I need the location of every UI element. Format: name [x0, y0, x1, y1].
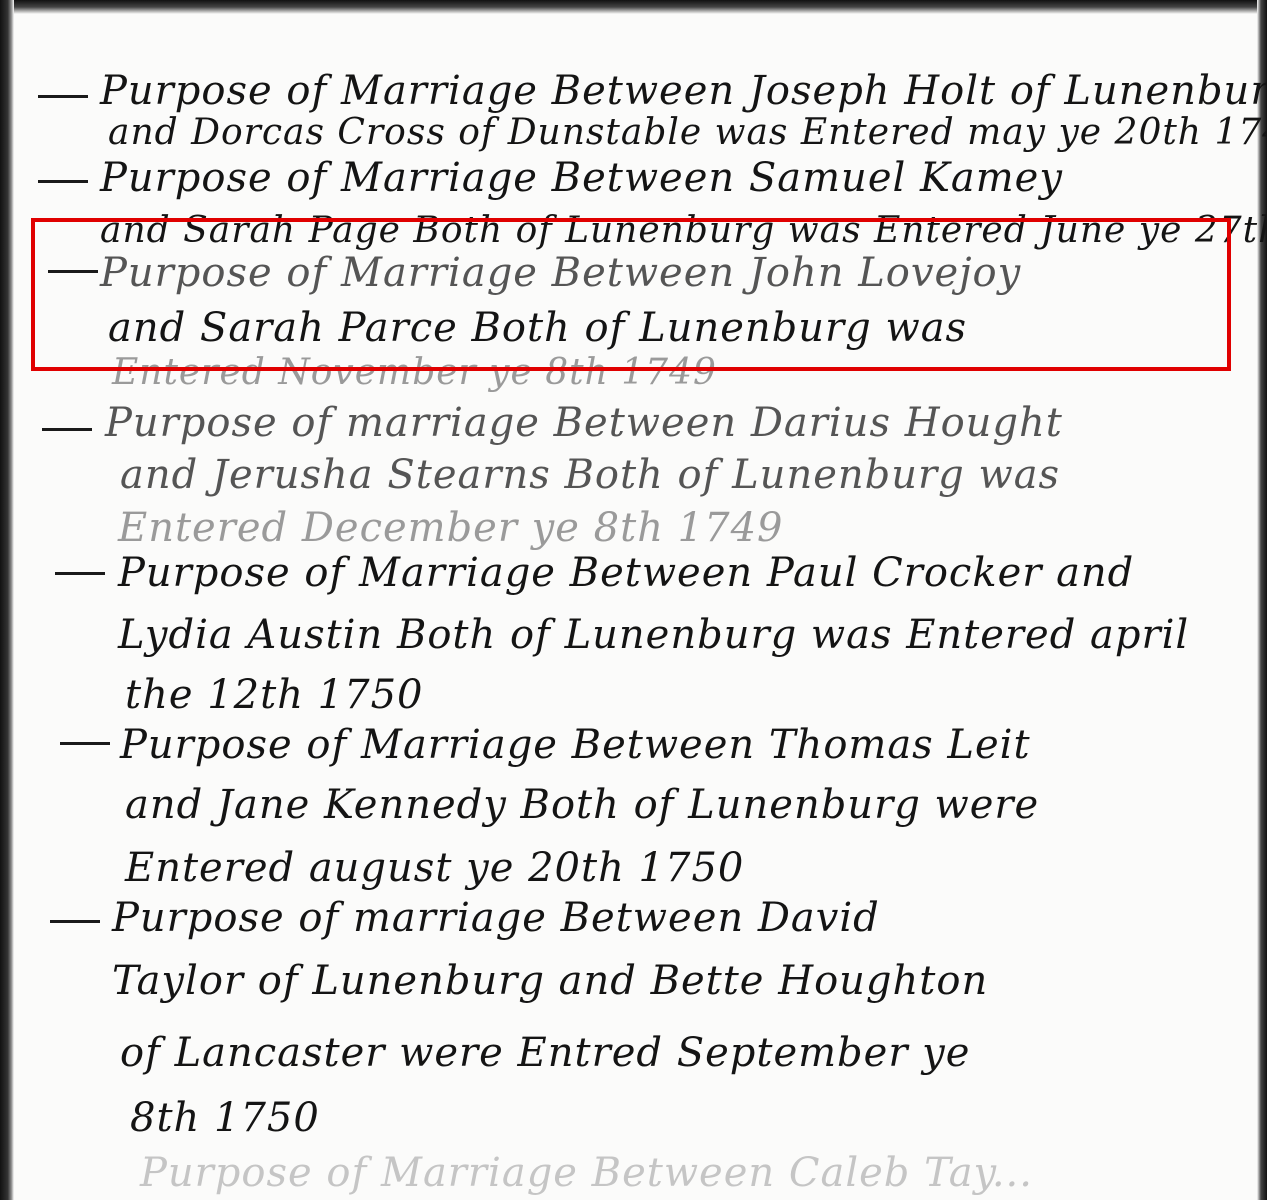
entry-dash	[60, 742, 110, 745]
entry-4-line-3: Entered December ye 8th 1749	[118, 505, 783, 551]
entry-6-line-2: and Jane Kennedy Both of Lunenburg were	[125, 782, 1039, 828]
entry-6-line-3: Entered august ye 20th 1750	[125, 845, 744, 891]
entry-7-line-1: Purpose of marriage Between David	[112, 895, 880, 941]
page-binding-edge	[0, 0, 14, 1200]
entry-dash	[38, 95, 88, 98]
entry-4-line-2: and Jerusha Stearns Both of Lunenburg wa…	[120, 452, 1060, 498]
entry-1-line-1: Purpose of Marriage Between Joseph Holt …	[100, 68, 1267, 114]
page-top-edge	[0, 0, 1267, 14]
entry-4-line-1: Purpose of marriage Between Darius Hough…	[105, 400, 1063, 446]
entry-3-line-1: Purpose of Marriage Between John Lovejoy	[100, 250, 1021, 296]
entry-2-line-1: Purpose of Marriage Between Samuel Kamey	[100, 155, 1063, 201]
entry-7-line-3: of Lancaster were Entred September ye	[120, 1030, 970, 1076]
entry-3-line-2: and Sarah Parce Both of Lunenburg was	[108, 305, 967, 351]
entry-7-line-2: Taylor of Lunenburg and Bette Houghton	[112, 958, 988, 1004]
entry-1-line-2: and Dorcas Cross of Dunstable was Entere…	[108, 112, 1267, 153]
entry-3-line-3: Entered November ye 8th 1749	[112, 352, 717, 393]
entry-8-line-1: Purpose of Marriage Between Caleb Tay...	[140, 1150, 1033, 1196]
entry-7-line-4: 8th 1750	[130, 1095, 320, 1141]
entry-dash	[42, 428, 92, 431]
entry-dash	[55, 572, 105, 575]
entry-dash	[38, 180, 88, 183]
entry-5-line-1: Purpose of Marriage Between Paul Crocker…	[118, 550, 1134, 596]
page-right-edge	[1257, 0, 1267, 1200]
entry-5-line-2: Lydia Austin Both of Lunenburg was Enter…	[118, 612, 1189, 658]
entry-dash	[48, 270, 98, 273]
entry-6-line-1: Purpose of Marriage Between Thomas Leit	[120, 722, 1031, 768]
entry-2-line-2: and Sarah Page Both of Lunenburg was Ent…	[100, 210, 1267, 251]
scanned-register-page: Purpose of Marriage Between Joseph Holt …	[0, 0, 1267, 1200]
entry-5-line-3: the 12th 1750	[125, 672, 423, 718]
entry-dash	[50, 920, 100, 923]
